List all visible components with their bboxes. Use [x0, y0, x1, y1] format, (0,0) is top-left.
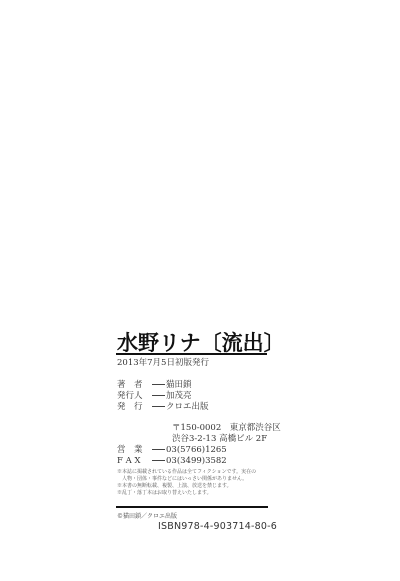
credit-label: 発行人 — [117, 391, 151, 402]
credit-value: 猫田鎖 — [166, 380, 192, 390]
dash-leader — [152, 384, 165, 385]
note-line: ※乱丁・落丁本はお取り替えいたします。 — [117, 490, 256, 497]
dash-leader — [152, 460, 165, 461]
dash-leader — [152, 406, 165, 407]
credit-value: 加茂亮 — [166, 391, 192, 401]
contact-label: 営 業 — [117, 445, 151, 456]
dash-leader — [152, 395, 165, 396]
credit-publisher: 発 行クロエ出版 — [117, 402, 209, 413]
contact-fax: F A X03(3499)3582 — [117, 456, 227, 467]
credit-label: 発 行 — [117, 402, 151, 413]
note-line: ※本誌に掲載されている作品は全てフィクションです。実在の — [117, 469, 256, 476]
isbn: ISBN978-4-903714-80-6 — [158, 521, 277, 532]
title-rule — [116, 353, 267, 355]
contact-value: 03(5766)1265 — [166, 445, 227, 455]
contact-sales: 営 業03(5766)1265 — [117, 445, 227, 456]
note-line: 人物・団体・事件などにはいっさい関係がありません。 — [117, 476, 256, 483]
credit-label: 著 者 — [117, 380, 151, 391]
credit-author: 著 者猫田鎖 — [117, 380, 192, 391]
credit-value: クロエ出版 — [166, 402, 209, 412]
dash-leader — [152, 449, 165, 450]
footer-rule — [116, 506, 268, 508]
credit-publisher-person: 発行人加茂亮 — [117, 391, 192, 402]
address-line-2: 渋谷3-2-13 高橋ビル 2F — [172, 434, 267, 445]
contact-value: 03(3499)3582 — [166, 456, 227, 466]
address-line-1: 〒150-0002 東京都渋谷区 — [172, 423, 281, 434]
note-line: ※本書の無断転載、複製、上演、放送を禁じます。 — [117, 483, 256, 490]
legal-notes: ※本誌に掲載されている作品は全てフィクションです。実在の 人物・団体・事件などに… — [117, 469, 256, 497]
copyright: ©猫田鎖／クロエ出版 — [117, 511, 177, 520]
publication-date: 2013年7月5日初版発行 — [117, 356, 209, 368]
contact-label: F A X — [117, 456, 151, 467]
